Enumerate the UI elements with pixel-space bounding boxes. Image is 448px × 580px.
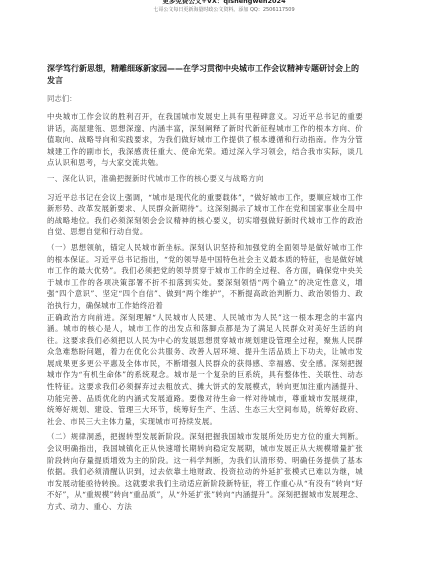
header-promo-line: 更多免费公文+VX：qishengwen2024 — [0, 0, 448, 5]
section-heading-1: 一、深化认识，准确把握新时代城市工作的核心要义与战略方向 — [47, 173, 363, 185]
salutation: 同志们： — [47, 93, 363, 104]
document-title: 深学笃行新思想，精雕细琢新家园——在学习贯彻中央城市工作会议精神专题研讨会上的发… — [47, 63, 363, 87]
document-page: 深学笃行新思想，精雕细琢新家园——在学习贯彻中央城市工作会议精神专题研讨会上的发… — [47, 63, 363, 517]
paragraph-subsection-1-cont: 正确政治方向前进。深刻理解“人民城市人民建、人民城市为人民”这一根本理念的丰富内… — [47, 312, 363, 428]
paragraph-subsection-1: （一）思想领航，锚定人民城市新坐标。深刻认识坚持和加强党的全面领导是做好城市工作… — [47, 242, 363, 312]
page-header: 更多免费公文+VX：qishengwen2024 七哥公文每日更新海量时政公文资… — [0, 0, 448, 14]
paragraph-section-1-intro: 习近平总书记在会议上强调，“城市是现代化的重要载体”，“做好城市工作，要顺应城市… — [47, 192, 363, 238]
paragraph-intro: 中央城市工作会议的胜利召开，在我国城市发展史上具有里程碑意义。习近平总书记的重要… — [47, 111, 363, 169]
header-contact-line: 七哥公文每日更新海量时政公文资料。添加 QQ：2506117509 — [0, 6, 448, 14]
paragraph-subsection-2: （二）规律洞悉，把握转型发展新阶段。深刻把握我国城市发展所处历史方位的重大判断。… — [47, 431, 363, 512]
